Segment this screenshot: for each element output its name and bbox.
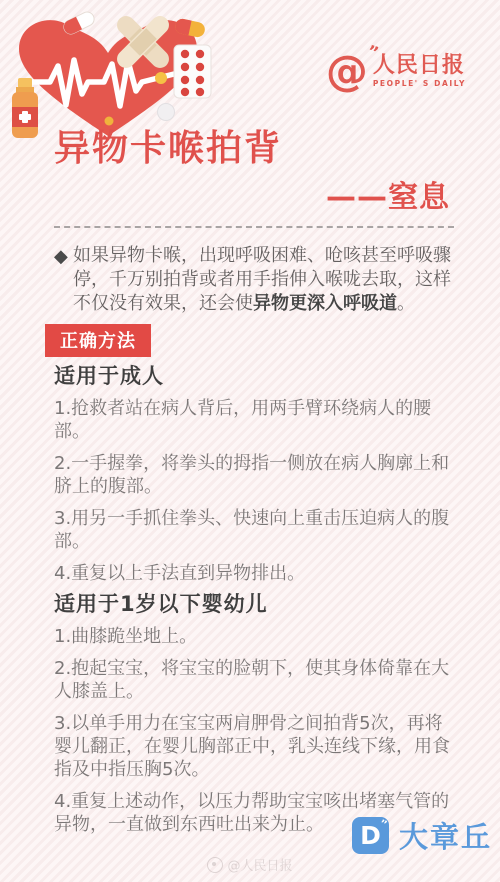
dazhangqiu-watermark: D’’ 大章丘 [352,815,492,856]
health-infographic-poster: { "header": { "illustration_icon": "hear… [0,0,500,882]
section-heading-infant: 适用于1岁以下婴幼儿 [54,592,454,616]
step-item: 1.曲膝跪坐地上。 [54,625,454,648]
step-item: 4.重复以上手法直到异物排出。 [54,562,454,585]
page-subtitle: ——窒息 [54,182,450,214]
section-infant: 适用于1岁以下婴幼儿 1.曲膝跪坐地上。 2.抱起宝宝，将宝宝的脸朝下，使其身体… [54,592,454,836]
bottom-watermark-text: @人民日报 [227,855,292,874]
steps-infant: 1.曲膝跪坐地上。 2.抱起宝宝，将宝宝的脸朝下，使其身体倚靠在大人膝盖上。 3… [54,625,454,836]
steps-adult: 1.抢救者站在病人背后，用两手臂环绕病人的腰部。 2.一手握拳，将拳头的拇指一侧… [54,397,454,585]
watermark-site-name: 大章丘 [399,815,492,856]
method-badge: 正确方法 [45,324,151,357]
step-item: 2.一手握拳，将拳头的拇指一侧放在病人胸廓上和脐上的腹部。 [54,452,454,498]
intro-paragraph: ◆如果异物卡喉，出现呼吸困难、呛咳甚至呼吸骤停，千万别拍背或者用手指伸入喉咙去取… [54,244,454,316]
d-logo-icon: D’’ [352,817,389,854]
page-title: 异物卡喉拍背 [54,130,454,168]
weibo-icon [207,857,223,873]
bottom-watermark: @人民日报 [0,855,500,874]
diamond-bullet-icon: ◆ [54,245,68,269]
section-heading-adult: 适用于成人 [54,364,454,388]
section-adult: 适用于成人 1.抢救者站在病人背后，用两手臂环绕病人的腰部。 2.一手握拳，将拳… [54,364,454,585]
step-item: 3.用另一手抓住拳头、快速向上重击压迫病人的腹部。 [54,507,454,553]
step-item: 3.以单手用力在宝宝两肩胛骨之间拍背5次，再将婴儿翻正，在婴儿胸部正中，乳头连线… [54,712,454,781]
intro-text-end: 。 [397,293,415,314]
intro-text-bold: 异物更深入呼吸道 [253,293,397,314]
signal-waves-icon: ’’ [379,818,388,830]
step-item: 1.抢救者站在病人背后，用两手臂环绕病人的腰部。 [54,397,454,443]
step-item: 2.抱起宝宝，将宝宝的脸朝下，使其身体倚靠在大人膝盖上。 [54,657,454,703]
poster-content: 异物卡喉拍背 ——窒息 ◆如果异物卡喉，出现呼吸困难、呛咳甚至呼吸骤停，千万别拍… [0,0,500,836]
dashed-divider [54,226,454,228]
